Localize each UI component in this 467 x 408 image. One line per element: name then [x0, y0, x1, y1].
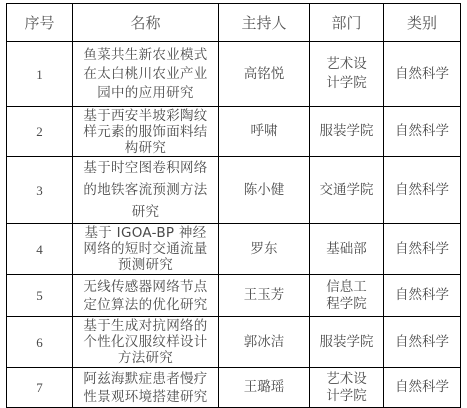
- cell-index: 1: [7, 42, 73, 107]
- cell-host: 罗东: [219, 224, 310, 275]
- cell-name: 鱼菜共生新农业模式在太白桃川农业产业园中的应用研究: [73, 42, 219, 107]
- table-row: 2 基于西安半坡彩陶纹样元素的服饰面料结构研究 呼啸 服装学院 自然科学: [7, 107, 461, 157]
- table-header-row: 序号 名称 主持人 部门 类别: [7, 4, 461, 42]
- header-index: 序号: [7, 4, 73, 42]
- project-table-container: 序号 名称 主持人 部门 类别 1 鱼菜共生新农业模式在太白桃川农业产业园中的应…: [6, 3, 461, 398]
- header-name: 名称: [73, 4, 219, 42]
- cell-dept: 艺术设计学院: [310, 368, 384, 399]
- header-host: 主持人: [219, 4, 310, 42]
- cell-host: 王玉芳: [219, 275, 310, 317]
- table-row: 7 阿兹海默症患者慢疗性景观环境搭建研究 王璐瑶 艺术设计学院 自然科学: [7, 368, 461, 399]
- table-row: 6 基于生成对抗网络的个性化汉服纹样设计方法研究 郭冰洁 服装学院 自然科学: [7, 317, 461, 368]
- table-row: 5 无线传感器网络节点定位算法的优化研究 王玉芳 信息工程学院 自然科学: [7, 275, 461, 317]
- cell-dept: 服装学院: [310, 317, 384, 368]
- cell-index: 5: [7, 275, 73, 317]
- cell-category: 自然科学: [384, 42, 461, 107]
- cell-category: 自然科学: [384, 107, 461, 157]
- table-row: 4 基于 IGOA-BP 神经网络的短时交通流量预测研究 罗东 基础部 自然科学: [7, 224, 461, 275]
- cell-category: 自然科学: [384, 317, 461, 368]
- cell-name: 基于 IGOA-BP 神经网络的短时交通流量预测研究: [73, 224, 219, 275]
- cell-host: 陈小健: [219, 157, 310, 224]
- cell-index: 4: [7, 224, 73, 275]
- cell-name: 基于时空图卷积网络的地铁客流预测方法研究: [73, 157, 219, 224]
- project-table: 序号 名称 主持人 部门 类别 1 鱼菜共生新农业模式在太白桃川农业产业园中的应…: [6, 3, 461, 398]
- header-category: 类别: [384, 4, 461, 42]
- cell-host: 郭冰洁: [219, 317, 310, 368]
- cell-host: 高铭悦: [219, 42, 310, 107]
- cell-category: 自然科学: [384, 275, 461, 317]
- cell-dept: 艺术设计学院: [310, 42, 384, 107]
- cell-name: 基于生成对抗网络的个性化汉服纹样设计方法研究: [73, 317, 219, 368]
- cell-index: 3: [7, 157, 73, 224]
- table-row: 1 鱼菜共生新农业模式在太白桃川农业产业园中的应用研究 高铭悦 艺术设计学院 自…: [7, 42, 461, 107]
- cell-index: 6: [7, 317, 73, 368]
- cell-dept: 基础部: [310, 224, 384, 275]
- cell-dept: 信息工程学院: [310, 275, 384, 317]
- cell-name: 阿兹海默症患者慢疗性景观环境搭建研究: [73, 368, 219, 399]
- header-dept: 部门: [310, 4, 384, 42]
- table-row: 3 基于时空图卷积网络的地铁客流预测方法研究 陈小健 交通学院 自然科学: [7, 157, 461, 224]
- cell-category: 自然科学: [384, 368, 461, 399]
- cell-category: 自然科学: [384, 157, 461, 224]
- cell-index: 7: [7, 368, 73, 399]
- cell-name: 无线传感器网络节点定位算法的优化研究: [73, 275, 219, 317]
- cell-name: 基于西安半坡彩陶纹样元素的服饰面料结构研究: [73, 107, 219, 157]
- cell-category: 自然科学: [384, 224, 461, 275]
- cell-host: 呼啸: [219, 107, 310, 157]
- cell-host: 王璐瑶: [219, 368, 310, 399]
- cell-index: 2: [7, 107, 73, 157]
- cell-dept: 服装学院: [310, 107, 384, 157]
- cell-dept: 交通学院: [310, 157, 384, 224]
